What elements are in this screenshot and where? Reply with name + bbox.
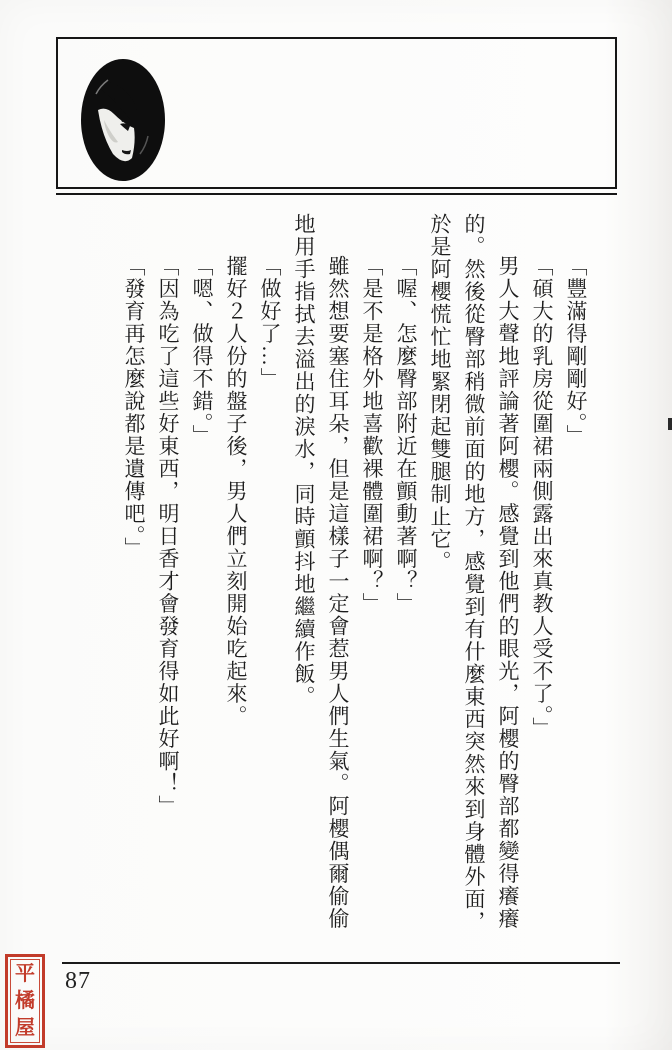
paragraph: 男人大聲地評論著阿櫻。感覺到他們的眼光，阿櫻的臀部都變得癢癢的。然後從臀部稍微前… [423,213,525,945]
header-frame [56,37,617,189]
seal-character: 平 [15,964,35,984]
page-number: 87 [65,968,91,995]
paragraph: 「喔、怎麼臀部附近在顫動著啊？」 [389,213,423,945]
paragraph: 「碩大的乳房從圍裙兩側露出來真教人受不了。」 [525,213,559,945]
seal-character: 橘 [15,991,35,1011]
paragraph: 擺好２人份的盤子後，男人們立刻開始吃起來。 [219,213,253,945]
paragraph: 「嗯、做得不錯。」 [185,213,219,945]
paragraph: 「因為吃了這些好東西，明日香才會發育得如此好啊！」 [151,213,185,945]
body-text: 「豐滿得剛剛好。」 「碩大的乳房從圍裙兩側露出來真教人受不了。」 男人大聲地評論… [115,213,593,945]
scan-artifact [668,418,672,430]
paragraph: 「做好了…」 [253,213,287,945]
paragraph: 「發育再怎麼說都是遺傳吧。」 [117,213,151,945]
publisher-seal: 平 橘 屋 [5,954,45,1048]
paragraph: 雖然想要塞住耳朵，但是這樣子一定會惹男人們生氣。阿櫻偶爾偷偷地用手指拭去溢出的淚… [287,213,355,945]
seal-character: 屋 [15,1018,35,1038]
footer-rule [62,962,620,964]
manga-girl-portrait-icon [80,58,166,182]
book-page: 「豐滿得剛剛好。」 「碩大的乳房從圍裙兩側露出來真教人受不了。」 男人大聲地評論… [0,0,672,1050]
publisher-seal-inner: 平 橘 屋 [10,959,40,1043]
paragraph: 「是不是格外地喜歡裸體圍裙啊？」 [355,213,389,945]
paragraph: 「豐滿得剛剛好。」 [559,213,593,945]
